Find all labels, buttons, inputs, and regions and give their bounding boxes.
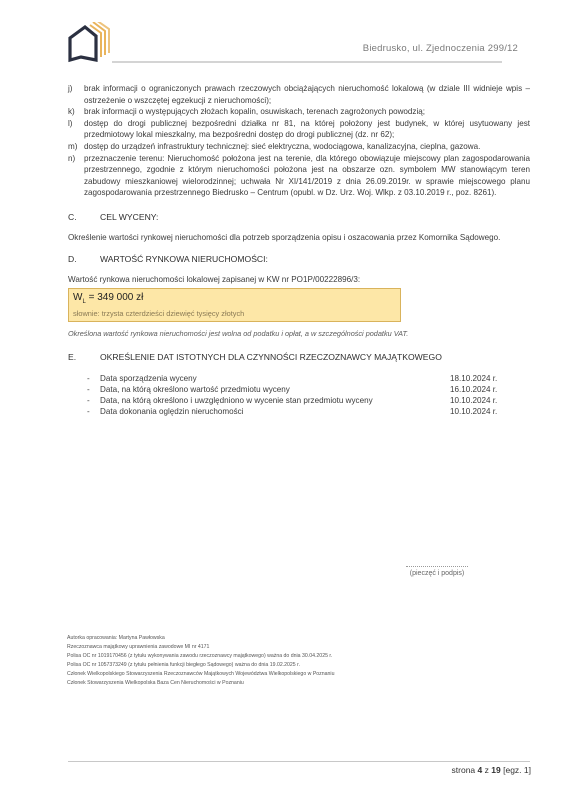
date-row: -Data sporządzenia wyceny18.10.2024 r. [68, 373, 530, 384]
document-body: j)brak informacji o ograniczonych prawac… [68, 83, 530, 417]
section-c-text: Określenie wartości rynkowej nieruchomoś… [68, 232, 530, 244]
footer-divider [68, 761, 530, 762]
list-item: j)brak informacji o ograniczonych prawac… [68, 83, 530, 106]
vat-note: Określona wartość rynkowa nieruchomości … [68, 328, 530, 340]
page-number: strona 4 z 19 [egz. 1] [452, 765, 531, 775]
section-e-heading: E. OKREŚLENIE DAT ISTOTNYCH DLA CZYNNOŚC… [68, 352, 530, 364]
list-item: l)dostęp do drogi publicznej bezpośredni… [68, 118, 530, 141]
signature-label: (pieczęć i podpis) [404, 570, 470, 577]
signature-line [406, 566, 468, 567]
company-logo-icon [66, 22, 116, 64]
section-d-heading: D. WARTOŚĆ RYNKOWA NIERUCHOMOŚCI: [68, 254, 530, 266]
dates-list: -Data sporządzenia wyceny18.10.2024 r. -… [68, 373, 530, 418]
list-item: m)dostęp do urządzeń infrastruktury tech… [68, 141, 530, 153]
list-item: n)przeznaczenie terenu: Nieruchomość poł… [68, 153, 530, 199]
date-row: -Data dokonania oględzin nieruchomości10… [68, 406, 530, 417]
signature-block: (pieczęć i podpis) [404, 566, 470, 577]
author-info: Autorka opracowania: Martyna Pawłowska R… [67, 634, 334, 687]
header-divider [112, 61, 502, 63]
date-row: -Data, na którą określono i uwzględniono… [68, 395, 530, 406]
list-item: k)brak informacji o występujących złożac… [68, 106, 530, 118]
date-row: -Data, na którą określono wartość przedm… [68, 384, 530, 395]
header-address: Biedrusko, ul. Zjednoczenia 299/12 [363, 43, 518, 54]
section-c-heading: C. CEL WYCENY: [68, 212, 530, 224]
market-value-box: WL = 349 000 zł słownie: trzysta czterdz… [68, 288, 401, 322]
market-value-in-words: słownie: trzysta czterdzieści dziewięć t… [73, 309, 396, 319]
market-value: WL = 349 000 zł [73, 291, 396, 309]
land-register-line: Wartość rynkowa nieruchomości lokalowej … [68, 274, 530, 286]
property-info-list: j)brak informacji o ograniczonych prawac… [68, 83, 530, 199]
